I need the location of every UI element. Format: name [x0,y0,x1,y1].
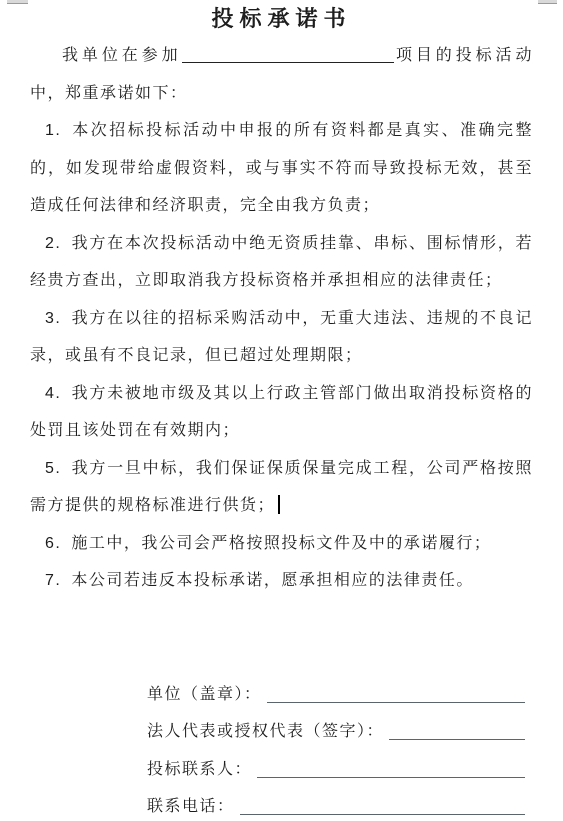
text-cursor [278,495,280,514]
signature-row-contact: 投标联系人： [147,751,525,789]
item-text: 我方一旦中标，我们保证保质保量完成工程，公司严格按照需方提供的规格标准进行供货； [30,460,533,515]
commitment-item-7: 7.本公司若违反本投标承诺，愿承担相应的法律责任。 [30,562,533,600]
item-text: 施工中，我公司会严格按照投标文件及中的承诺履行； [71,535,491,552]
signature-block: 单位（盖章）： 法人代表或授权代表（签字）： 投标联系人： 联系电话： [147,676,533,821]
intro-paragraph: 我单位在参加项目的投标活动中，郑重承诺如下： [30,37,533,112]
intro-lead-text: 我单位在参加 [62,47,182,64]
item-text: 我方未被地市级及其以上行政主管部门做出取消投标资格的处罚且该处罚在有效期内； [30,385,533,440]
signature-row-company: 单位（盖章）： [147,676,525,714]
item-text: 我方在本次投标活动中绝无资质挂靠、串标、围标情形，若经贵方查出，立即取消我方投标… [30,235,533,290]
item-text: 我方在以往的招标采购活动中，无重大违法、违规的不良记录，或虽有不良记录，但已超过… [30,310,533,365]
representative-sign-blank[interactable] [389,739,525,740]
item-number: 1. [45,122,61,139]
commitment-item-2: 2.我方在本次投标活动中绝无资质挂靠、串标、围标情形，若经贵方查出，立即取消我方… [30,225,533,300]
contact-phone-label: 联系电话： [147,788,235,821]
commitment-item-1: 1.本次招标投标活动中申报的所有资料都是真实、准确完整的，如发现带给虚假资料，或… [30,112,533,225]
document-title: 投标承诺书 [30,4,533,34]
document-page: 投标承诺书 我单位在参加项目的投标活动中，郑重承诺如下： 1.本次招标投标活动中… [0,0,563,821]
item-number: 4. [45,385,61,402]
commitment-item-4: 4.我方未被地市级及其以上行政主管部门做出取消投标资格的处罚且该处罚在有效期内； [30,375,533,450]
item-number: 3. [45,310,61,327]
project-name-blank[interactable] [182,62,394,63]
window-edge-artifact-left [7,0,28,4]
item-number: 2. [45,235,61,252]
bid-contact-blank[interactable] [257,777,525,778]
bid-contact-label: 投标联系人： [147,751,252,789]
document-body: 我单位在参加项目的投标活动中，郑重承诺如下： 1.本次招标投标活动中申报的所有资… [30,37,533,600]
item-number: 5. [45,460,61,477]
contact-phone-blank[interactable] [240,814,525,815]
signature-row-representative: 法人代表或授权代表（签字）： [147,713,525,751]
company-seal-label: 单位（盖章）： [147,676,262,714]
commitment-item-3: 3.我方在以往的招标采购活动中，无重大违法、违规的不良记录，或虽有不良记录，但已… [30,300,533,375]
item-text: 本次招标投标活动中申报的所有资料都是真实、准确完整的，如发现带给虚假资料，或与事… [30,122,533,214]
window-edge-artifact-right [538,0,557,4]
item-text: 本公司若违反本投标承诺，愿承担相应的法律责任。 [71,572,474,589]
item-number: 7. [45,572,61,589]
company-seal-blank[interactable] [267,702,525,703]
representative-sign-label: 法人代表或授权代表（签字）： [147,713,384,751]
commitment-item-5: 5.我方一旦中标，我们保证保质保量完成工程，公司严格按照需方提供的规格标准进行供… [30,450,533,525]
commitment-item-6: 6.施工中，我公司会严格按照投标文件及中的承诺履行； [30,525,533,563]
signature-row-phone: 联系电话： [147,788,525,821]
item-number: 6. [45,535,61,552]
